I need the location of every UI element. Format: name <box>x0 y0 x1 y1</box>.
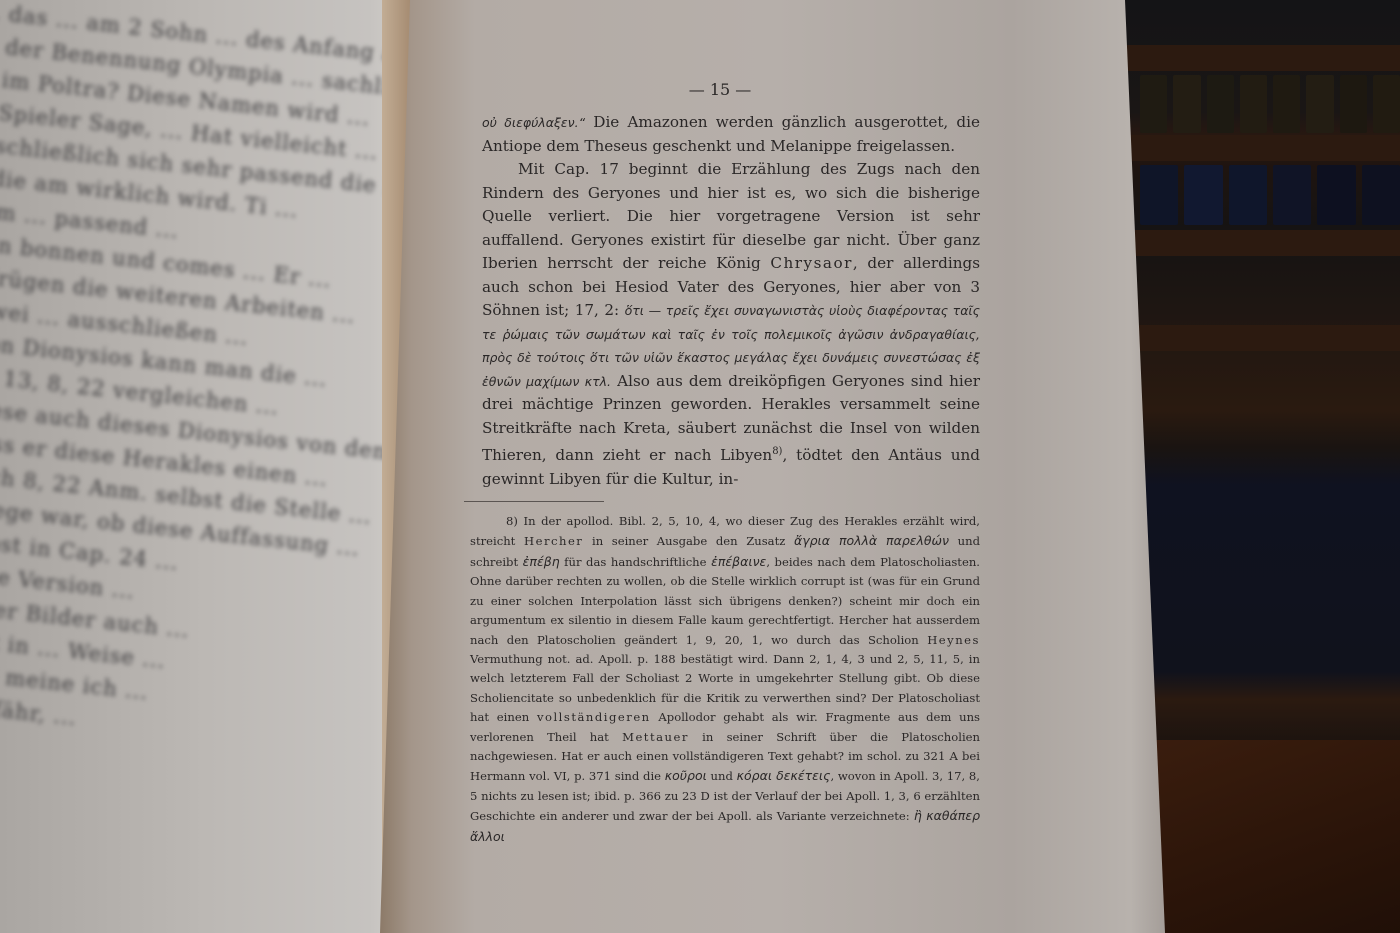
books-row-blue <box>1140 165 1400 225</box>
greek-quotation: κοῦροι <box>665 768 707 783</box>
footnote-text: 8) In der apollod. Bibl. 2, 5, 10, 4, wo… <box>470 512 980 847</box>
footnote-divider <box>464 501 604 502</box>
paragraph: Mit Cap. 17 beginnt die Erzählung des Zu… <box>482 158 980 491</box>
spaced-name: Chrysaor <box>770 254 853 272</box>
footnote-reference: 8) <box>772 446 782 457</box>
spaced-name: Heynes <box>927 633 980 647</box>
left-page: ... das ... am 2 Sohn ... des Anfang an … <box>0 0 410 933</box>
books-row-top <box>1140 75 1400 133</box>
shelf-board <box>1100 135 1400 161</box>
text-run: für das handschriftliche <box>560 555 711 569</box>
greek-quotation: ἐπέβαινε <box>711 554 766 569</box>
right-page-content: — 15 — οὐ διεφύλαξεν.“ Die Amazonen werd… <box>440 80 980 847</box>
shelf-board <box>1100 230 1400 256</box>
spaced-name: Mettauer <box>622 730 689 744</box>
page-number: — 15 — <box>460 80 980 99</box>
text-run: und <box>707 769 737 783</box>
shelf-board <box>1100 325 1400 351</box>
spaced-name: Hercher <box>524 534 583 548</box>
body-text: οὐ διεφύλαξεν.“ Die Amazonen werden gänz… <box>440 111 980 491</box>
shelf-board <box>1100 45 1400 71</box>
footnote-8: 8) In der apollod. Bibl. 2, 5, 10, 4, wo… <box>440 512 980 847</box>
greek-quotation: οὐ διεφύλαξεν.“ <box>482 115 585 130</box>
greek-quotation: κόραι δεκέτεις <box>737 768 831 783</box>
greek-quotation: ἐπέβη <box>523 554 560 569</box>
desk-surface <box>1150 740 1400 933</box>
left-page-text: ... das ... am 2 Sohn ... des Anfang an … <box>0 0 398 761</box>
spaced-name: vollständigeren <box>537 710 651 724</box>
paragraph: οὐ διεφύλαξεν.“ Die Amazonen werden gänz… <box>482 111 980 158</box>
text-run: in seiner Ausgabe den Zusatz <box>583 534 794 548</box>
greek-quotation: ἄγρια πολλὰ παρελθών <box>794 533 949 548</box>
